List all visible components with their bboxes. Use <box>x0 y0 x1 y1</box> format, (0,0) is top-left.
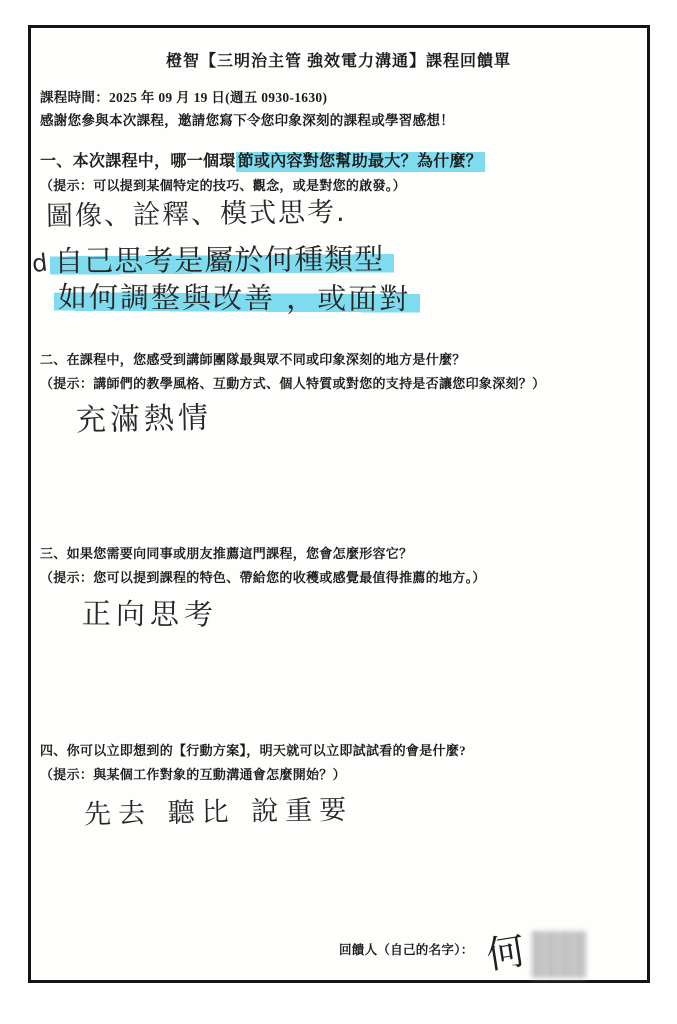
question-2-hint: （提示：講師們的教學風格、互動方式、個人特質或對您的支持是否讓您印象深刻？） <box>40 373 545 392</box>
question-1-highlighted-text: 節或內容對您幫助最大？為什麼？ <box>236 152 486 172</box>
question-4-hint: （提示：與某個工作對象的互動溝通會怎麼開始？） <box>40 764 346 783</box>
intro-line: 感謝您參與本次課程，邀請您寫下令您印象深刻的課程或學習感想！ <box>40 109 454 129</box>
question-4-label: 四、你可以立即想到的【行動方案】，明天就可以立即試試看的會是什麼? <box>40 740 466 759</box>
signer-label: 回饋人（自己的名字）： <box>339 940 474 958</box>
handwritten-answer-1-line-1: 圖像、詮釋、模式思考. <box>46 190 347 233</box>
question-1-label: 一、本次課程中，哪一個環節或內容對您幫助最大？為什麼？ <box>40 148 485 171</box>
handwritten-answer-3: 正向思考 <box>82 591 218 633</box>
question-3-label: 三、如果您需要向同事或朋友推薦這門課程，您會怎麼形容它？ <box>40 543 412 562</box>
scanned-feedback-form-page: 橙智【三明治主管 強效電力溝通】課程回饋單 課程時間：2025 年 09 月 1… <box>0 0 677 1024</box>
question-1-plain-text: 一、本次課程中，哪一個環 <box>40 153 236 170</box>
course-time-line: 課程時間：2025 年 09 月 19 日(週五 0930-1630) <box>40 86 327 106</box>
highlighted-handwriting: 自己思考是屬於何種類型 <box>50 242 394 278</box>
privacy-blur-box <box>531 931 586 978</box>
question-3-hint: （提示：您可以提到課程的特色、帶給您的收穫或感覺最值得推薦的地方。） <box>40 567 486 586</box>
handwritten-arrow-mark: d <box>31 248 50 278</box>
highlighted-handwriting: 如何調整與改善 ，或面對 <box>54 280 420 316</box>
handwritten-answer-4: 先去 聽比 說重要 <box>84 788 354 832</box>
form-title: 橙智【三明治主管 強效電力溝通】課程回饋單 <box>0 48 677 71</box>
handwritten-answer-2: 充滿熱情 <box>76 393 213 440</box>
handwritten-answer-1-line-3: 如何調整與改善 ，或面對 <box>54 275 420 318</box>
handwritten-answer-1-line-2: d自己思考是屬於何種類型 <box>32 237 395 281</box>
question-2-label: 二、在課程中，您感受到講師團隊最與眾不同或印象深刻的地方是什麼？ <box>40 349 466 368</box>
